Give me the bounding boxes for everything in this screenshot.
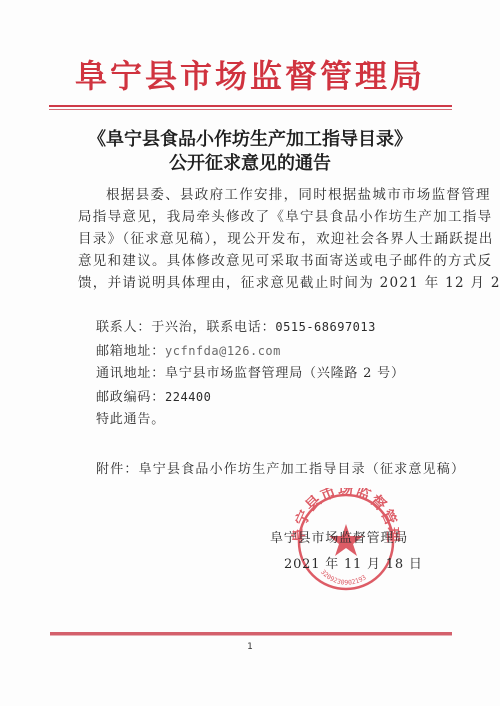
contact-postcode: 224400	[165, 390, 211, 404]
header-rule-thin	[49, 109, 452, 110]
contact-block: 联系人：于兴治，联系电话：0515-68697013 邮箱地址：ycfnfda@…	[96, 316, 405, 432]
signature-date: 2021 年 11 月 18 日	[270, 552, 423, 578]
contact-person-row: 联系人：于兴治，联系电话：0515-68697013	[96, 316, 405, 340]
attachment-name: 阜宁县食品小作坊生产加工指导目录（征求意见稿）	[139, 462, 466, 477]
issuing-authority-header: 阜宁县市场监督管理局	[0, 56, 500, 96]
contact-address-label: 通讯地址：	[96, 366, 165, 381]
footer-red-rule	[50, 632, 452, 636]
document-title-line1: 《阜宁县食品小作坊生产加工指导目录》	[0, 128, 500, 152]
body-line: 局指导意见，我局牵头修改了《阜宁县食品小作坊生产加工指导	[78, 206, 436, 228]
body-line: 意见和建议。具体修改意见可采取书面寄送或电子邮件的方式反	[78, 250, 436, 272]
notice-body: 根据县委、县政府工作安排，同时根据盐城市市场监督管理 局指导意见，我局牵头修改了…	[78, 184, 436, 294]
body-line: 馈，并请说明具体理由，征求意见截止时间为 2021 年 12 月 2 日。	[78, 272, 436, 294]
document-title: 《阜宁县食品小作坊生产加工指导目录》 公开征求意见的通告	[0, 128, 500, 176]
body-line: 目录》（征求意见稿），现公开发布，欢迎社会各界人士踊跃提出	[78, 228, 436, 250]
contact-phone: 0515-68697013	[275, 320, 375, 334]
closing-statement: 特此通告。	[96, 409, 405, 432]
attachment-line: 附件：阜宁县食品小作坊生产加工指导目录（征求意见稿）	[96, 458, 465, 477]
header-red-rule	[49, 105, 452, 110]
contact-email-label: 邮箱地址：	[96, 344, 165, 359]
contact-person: 于兴治	[151, 320, 192, 335]
contact-phone-label: ，联系电话：	[193, 320, 276, 335]
contact-email: ycfnfda@126.com	[165, 344, 281, 358]
document-title-line2: 公开征求意见的通告	[0, 152, 500, 176]
contact-postcode-label: 邮政编码：	[96, 390, 165, 405]
contact-email-row: 邮箱地址：ycfnfda@126.com	[96, 340, 405, 364]
signature-organization: 阜宁县市场监督管理局	[270, 526, 423, 552]
header-rule-thick	[49, 105, 452, 107]
contact-person-label: 联系人：	[96, 320, 151, 335]
signature-block: 阜宁县市场监督管理局 2021 年 11 月 18 日	[270, 526, 423, 578]
attachment-label: 附件：	[96, 462, 139, 477]
contact-address-row: 通讯地址：阜宁县市场监督管理局（兴隆路 2 号）	[96, 363, 405, 386]
body-line: 根据县委、县政府工作安排，同时根据盐城市市场监督管理	[78, 184, 436, 206]
page-number: 1	[0, 642, 500, 652]
contact-address: 阜宁县市场监督管理局（兴隆路 2 号）	[165, 366, 405, 381]
contact-postcode-row: 邮政编码：224400	[96, 386, 405, 410]
